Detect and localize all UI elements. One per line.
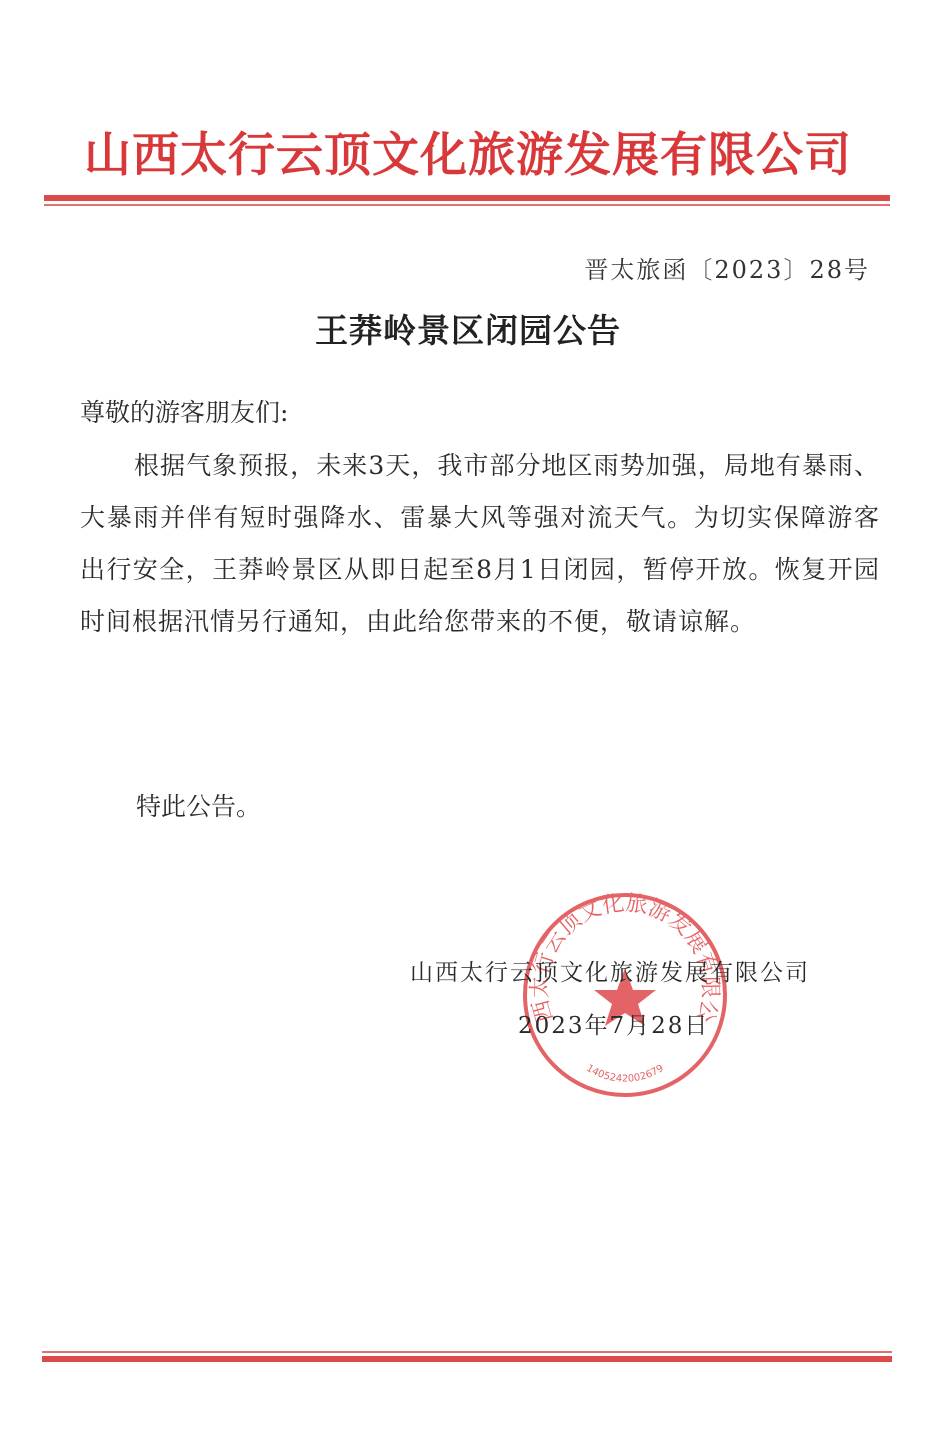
letterhead-rule-thick — [44, 195, 890, 201]
official-seal: 山西太行云顶文化旅游发展有限公司 1405242002679 — [520, 890, 730, 1100]
closing-line: 特此公告。 — [136, 787, 261, 823]
signature-date: 2023年7月28日 — [518, 1007, 709, 1040]
footer-rule-thick — [42, 1356, 892, 1362]
body-paragraph: 根据气象预报，未来3天，我市部分地区雨势加强，局地有暴雨、大暴雨并伴有短时强降水… — [80, 440, 880, 648]
seal-number: 1405242002679 — [584, 1063, 666, 1085]
salutation: 尊敬的游客朋友们: — [80, 393, 288, 429]
letterhead-rule-thin — [44, 204, 890, 206]
document-title: 王莽岭景区闭园公告 — [0, 305, 936, 352]
letterhead-title: 山西太行云顶文化旅游发展有限公司 — [58, 118, 878, 185]
reference-number: 晋太旅函〔2023〕28号 — [584, 250, 870, 285]
footer-rule-thin — [42, 1351, 892, 1353]
signature-company: 山西太行云顶文化旅游发展有限公司 — [410, 954, 810, 987]
svg-text:1405242002679: 1405242002679 — [584, 1063, 666, 1085]
